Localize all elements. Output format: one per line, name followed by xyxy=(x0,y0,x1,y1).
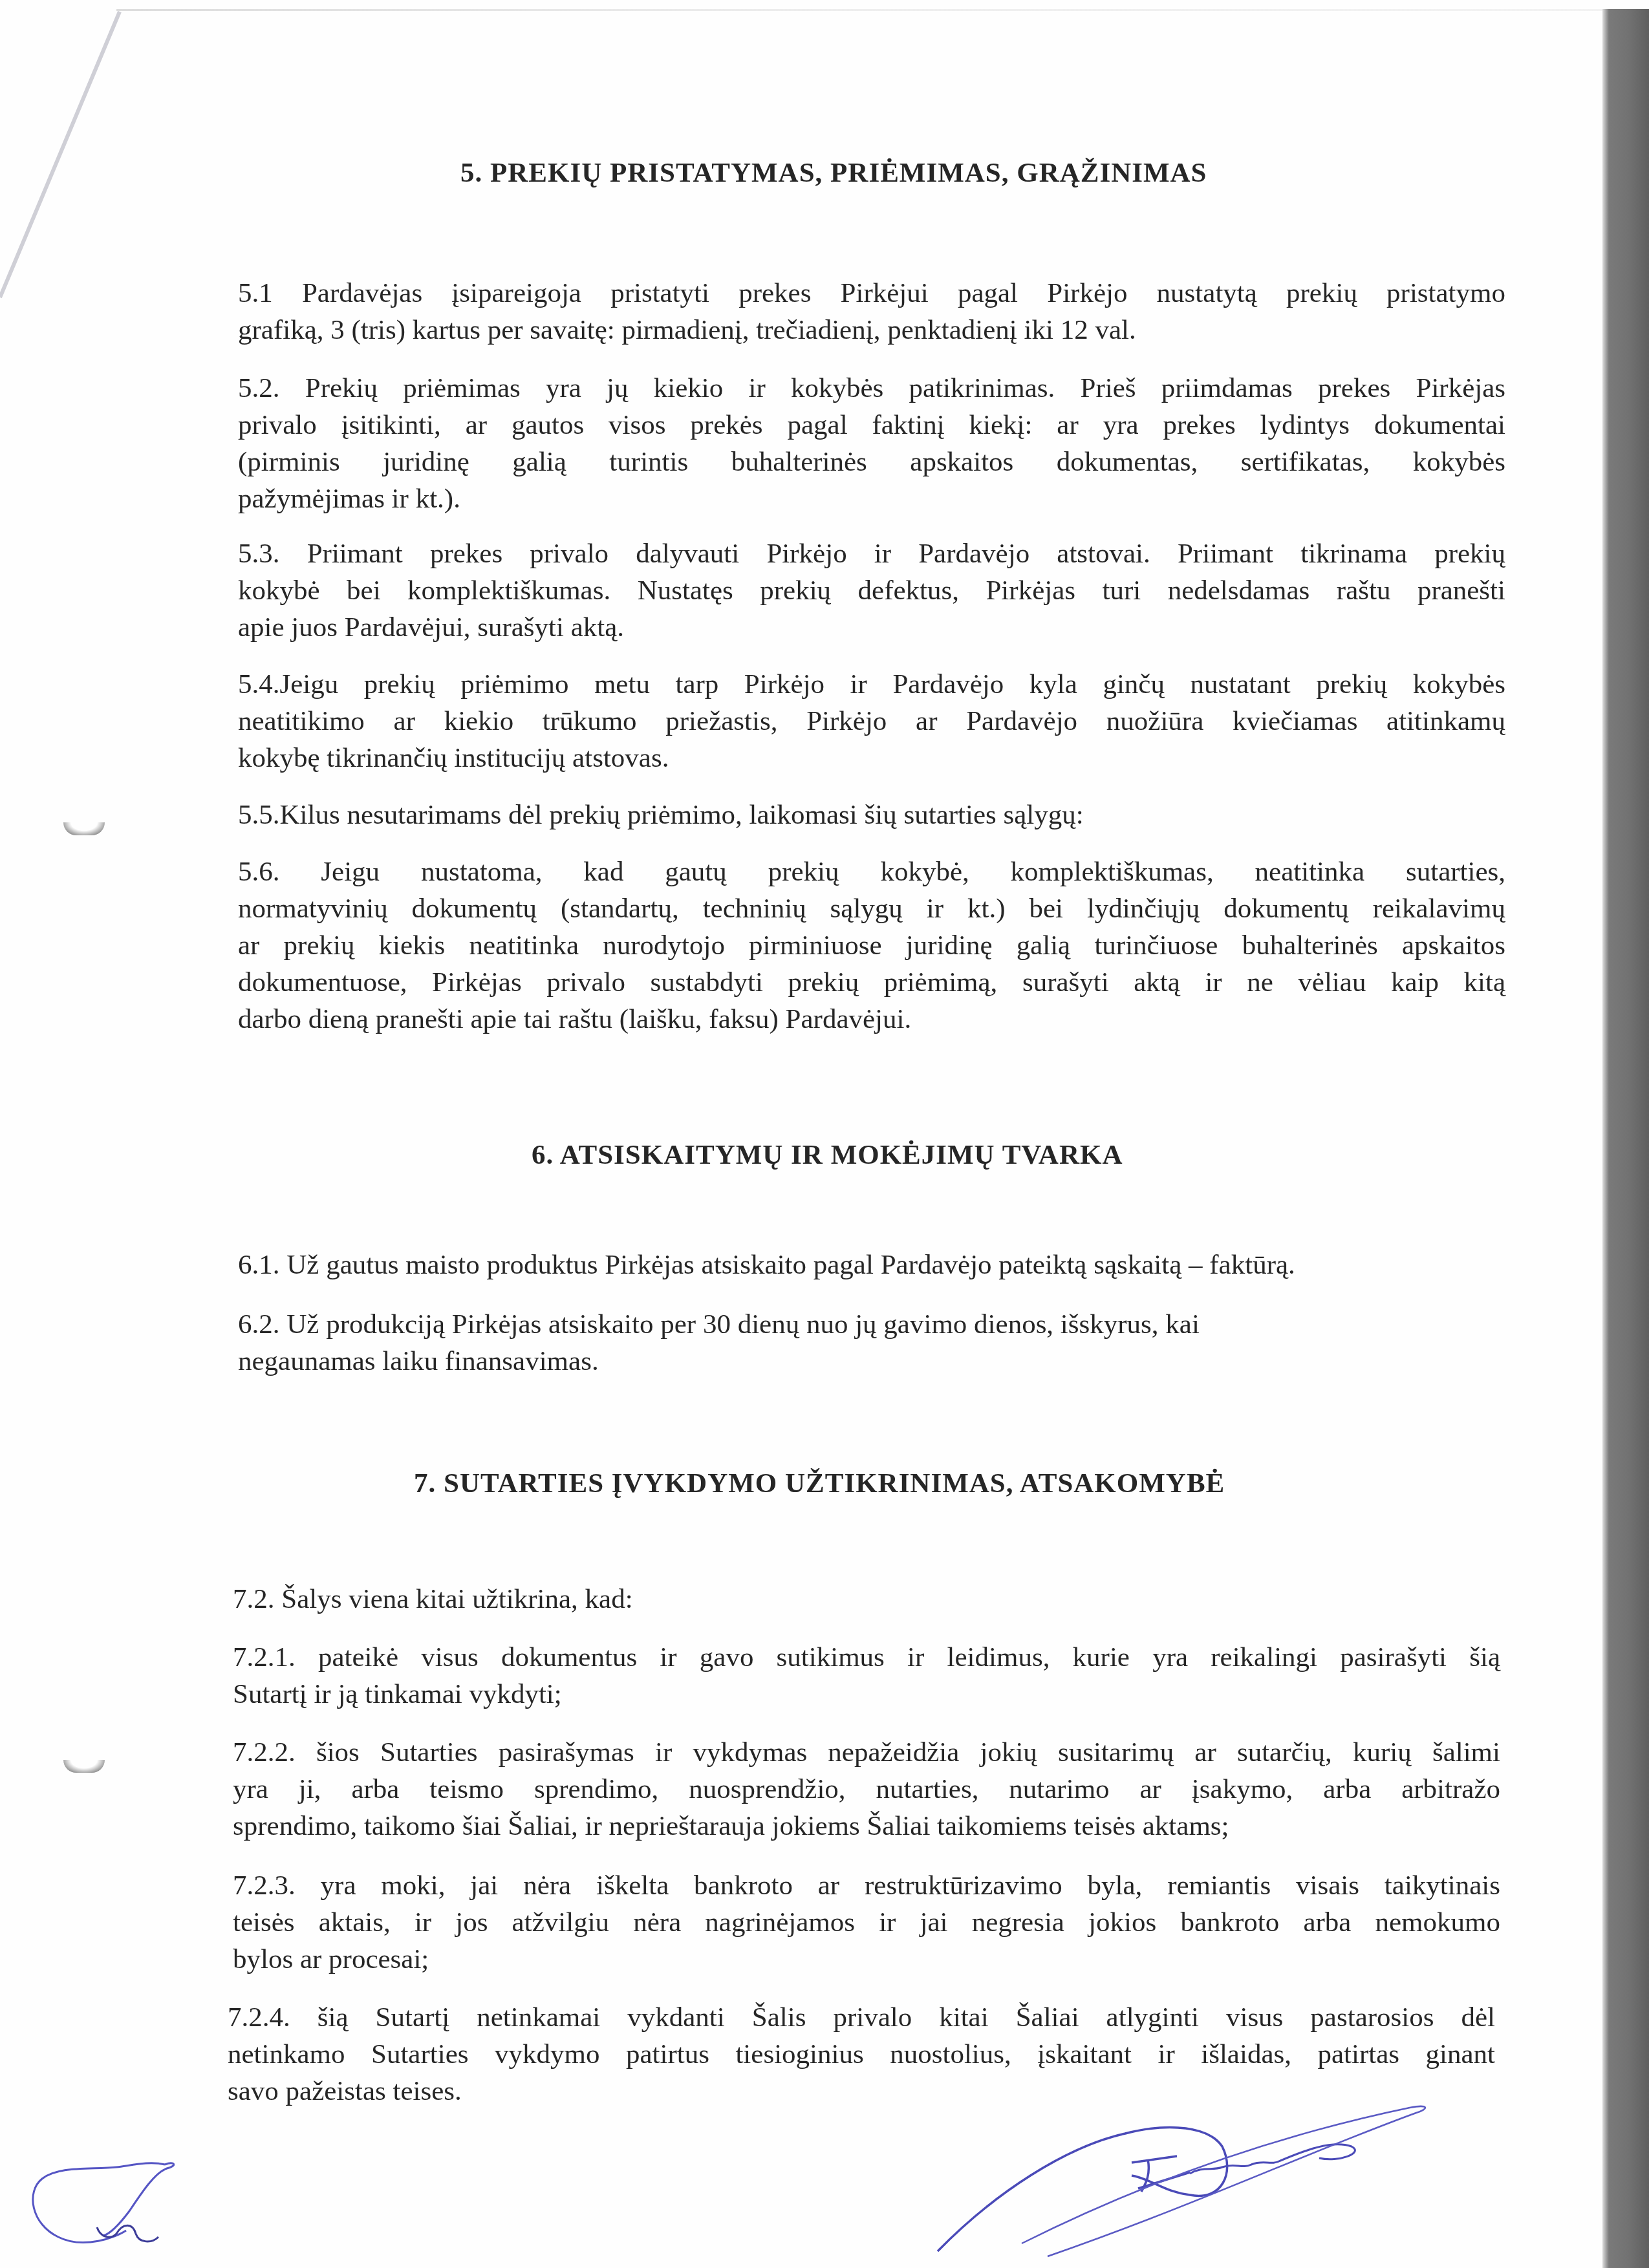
clause-7-2-1: 7.2.1. pateikė visus dokumentus ir gavo … xyxy=(233,1639,1500,1713)
text-line: pažymėjimas ir kt.). xyxy=(238,480,1505,517)
clause-7-2-3: 7.2.3. yra moki, jai nėra iškelta bankro… xyxy=(233,1867,1500,1978)
text-line: kokybė bei komplektiškumas. Nustatęs pre… xyxy=(238,572,1505,609)
signature-icon xyxy=(918,2082,1565,2268)
text-line: 7.2.2. šios Sutarties pasirašymas ir vyk… xyxy=(233,1734,1500,1771)
clause-5-6: 5.6. Jeigu nustatoma, kad gautų prekių k… xyxy=(238,853,1505,1038)
text-line: 7.2.4. šią Sutartį netinkamai vykdanti Š… xyxy=(228,1999,1495,2036)
punch-hole-mark xyxy=(63,822,105,835)
text-line: 7.2. Šalys viena kitai užtikrina, kad: xyxy=(233,1581,1500,1618)
punch-hole-mark xyxy=(63,1760,105,1773)
clause-5-2: 5.2. Prekių priėmimas yra jų kiekio ir k… xyxy=(238,370,1505,517)
text-line: (pirminis juridinę galią turintis buhalt… xyxy=(238,444,1505,480)
text-line: 6.2. Už produkciją Pirkėjas atsiskaito p… xyxy=(238,1306,1350,1343)
text-line: 7.2.3. yra moki, jai nėra iškelta bankro… xyxy=(233,1867,1500,1904)
text-line: privalo įsitikinti, ar gautos visos prek… xyxy=(238,407,1505,444)
text-line: bylos ar procesai; xyxy=(233,1941,1500,1978)
text-line: teisės aktais, ir jos atžvilgiu nėra nag… xyxy=(233,1904,1500,1941)
page-top-edge xyxy=(116,9,1604,11)
section-6-heading: 6. ATSISKAITYMŲ IR MOKĖJIMŲ TVARKA xyxy=(532,1139,1123,1171)
text-line: netinkamo Sutarties vykdymo patirtus tie… xyxy=(228,2036,1495,2073)
initials-signature-icon xyxy=(19,2146,175,2256)
text-line: Sutartį ir ją tinkamai vykdyti; xyxy=(233,1676,1500,1713)
text-line: kokybę tikrinančių institucijų atstovas. xyxy=(238,740,1505,776)
scan-scratch-line xyxy=(0,0,142,310)
clause-5-3: 5.3. Priimant prekes privalo dalyvauti P… xyxy=(238,535,1505,646)
text-line: dokumentuose, Pirkėjas privalo sustabdyt… xyxy=(238,964,1505,1001)
section-7-heading: 7. SUTARTIES ĮVYKDYMO UŽTIKRINIMAS, ATSA… xyxy=(414,1468,1225,1499)
clause-7-2-2: 7.2.2. šios Sutarties pasirašymas ir vyk… xyxy=(233,1734,1500,1845)
text-line: normatyvinių dokumentų (standartų, techn… xyxy=(238,890,1505,927)
text-line: 5.5.Kilus nesutarimams dėl prekių priėmi… xyxy=(238,797,1505,833)
text-line: neatitikimo ar kiekio trūkumo priežastis… xyxy=(238,703,1505,740)
clause-5-4: 5.4.Jeigu prekių priėmimo metu tarp Pirk… xyxy=(238,666,1505,776)
clause-6-1: 6.1. Už gautus maisto produktus Pirkėjas… xyxy=(238,1246,1505,1283)
clause-6-2: 6.2. Už produkciją Pirkėjas atsiskaito p… xyxy=(238,1306,1350,1380)
clause-7-2: 7.2. Šalys viena kitai užtikrina, kad: xyxy=(233,1581,1500,1618)
text-line: grafiką, 3 (tris) kartus per savaitę: pi… xyxy=(238,312,1505,348)
text-line: negaunamas laiku finansavimas. xyxy=(238,1343,1350,1380)
text-line: 6.1. Už gautus maisto produktus Pirkėjas… xyxy=(238,1246,1505,1283)
text-line: apie juos Pardavėjui, surašyti aktą. xyxy=(238,609,1505,646)
text-line: 5.2. Prekių priėmimas yra jų kiekio ir k… xyxy=(238,370,1505,407)
text-line: 7.2.1. pateikė visus dokumentus ir gavo … xyxy=(233,1639,1500,1676)
scanner-edge-shadow xyxy=(1602,9,1649,2268)
clause-5-1: 5.1 Pardavėjas įsipareigoja pristatyti p… xyxy=(238,275,1505,348)
text-line: ar prekių kiekis neatitinka nurodytojo p… xyxy=(238,927,1505,964)
text-line: darbo dieną pranešti apie tai raštu (lai… xyxy=(238,1001,1505,1038)
section-5-heading: 5. PREKIŲ PRISTATYMAS, PRIĖMIMAS, GRĄŽIN… xyxy=(460,157,1207,189)
text-line: yra ji, arba teismo sprendimo, nuosprend… xyxy=(233,1771,1500,1808)
text-line: 5.3. Priimant prekes privalo dalyvauti P… xyxy=(238,535,1505,572)
clause-5-5: 5.5.Kilus nesutarimams dėl prekių priėmi… xyxy=(238,797,1505,833)
scanned-page: 5. PREKIŲ PRISTATYMAS, PRIĖMIMAS, GRĄŽIN… xyxy=(0,0,1649,2268)
text-line: sprendimo, taikomo šiai Šaliai, ir nepri… xyxy=(233,1808,1500,1845)
text-line: 5.1 Pardavėjas įsipareigoja pristatyti p… xyxy=(238,275,1505,312)
text-line: 5.6. Jeigu nustatoma, kad gautų prekių k… xyxy=(238,853,1505,890)
text-line: 5.4.Jeigu prekių priėmimo metu tarp Pirk… xyxy=(238,666,1505,703)
